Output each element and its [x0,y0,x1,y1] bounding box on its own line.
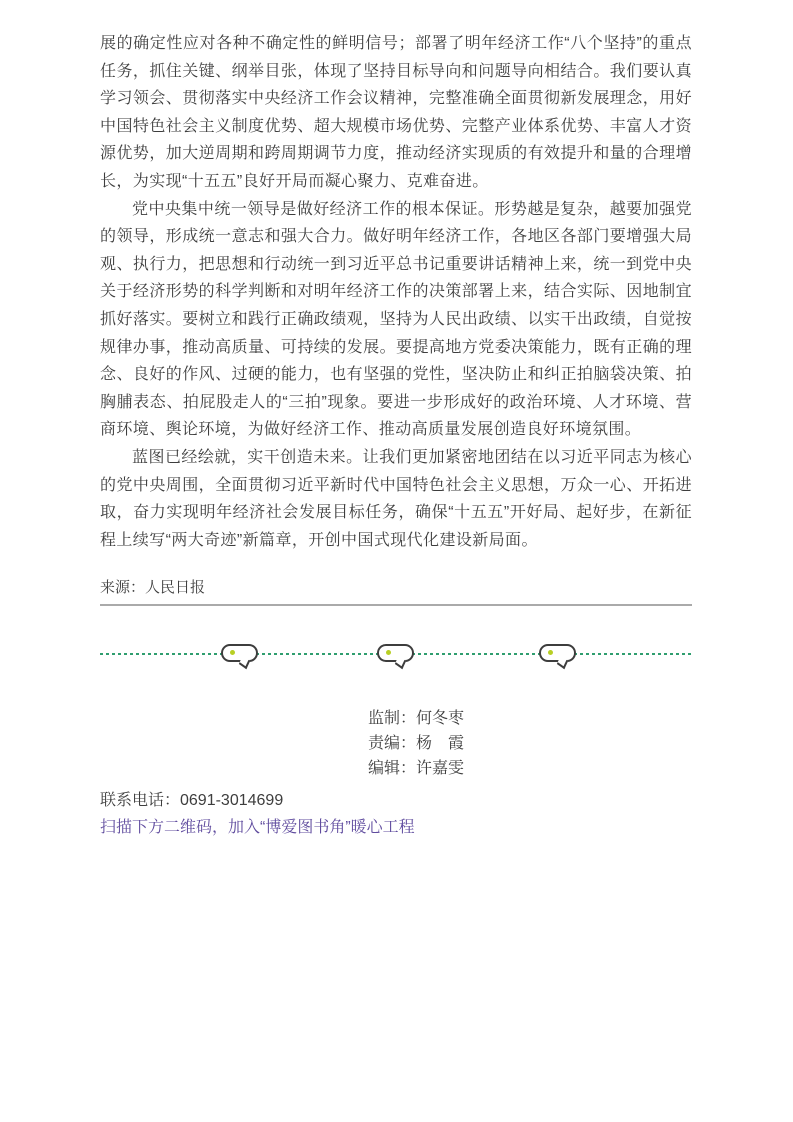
decorative-divider [100,644,692,676]
contact-phone: 联系电话：0691-3014699 [100,789,692,812]
credit-responsible-editor: 责编：杨 霞 [368,731,692,756]
bubble-dot-icon [230,650,235,655]
speech-bubble-icon [539,644,576,662]
bubble-dot-icon [386,650,391,655]
article-paragraph: 蓝图已经绘就，实干创造未来。让我们更加紧密地团结在以习近平同志为核心的党中央周围… [100,444,692,554]
article-paragraph: 党中央集中统一领导是做好经济工作的根本保证。形势越是复杂，越要加强党的领导，形成… [100,196,692,444]
source-divider-line [100,604,692,606]
speech-bubble-icon [221,644,258,662]
credits-block: 监制：何冬枣 责编：杨 霞 编辑：许嘉雯 [100,706,692,781]
credit-editor: 编辑：许嘉雯 [368,756,692,781]
document-page: 展的确定性应对各种不确定性的鲜明信号；部署了明年经济工作“八个坚持”的重点任务，… [0,0,793,1122]
article-body: 展的确定性应对各种不确定性的鲜明信号；部署了明年经济工作“八个坚持”的重点任务，… [100,30,692,839]
credit-supervisor: 监制：何冬枣 [368,706,692,731]
qr-code-note: 扫描下方二维码，加入“博爱图书角”暖心工程 [100,816,692,839]
bubble-dot-icon [548,650,553,655]
source-attribution: 来源：人民日报 [100,576,692,597]
speech-bubble-icon [377,644,414,662]
article-paragraph: 展的确定性应对各种不确定性的鲜明信号；部署了明年经济工作“八个坚持”的重点任务，… [100,30,692,196]
